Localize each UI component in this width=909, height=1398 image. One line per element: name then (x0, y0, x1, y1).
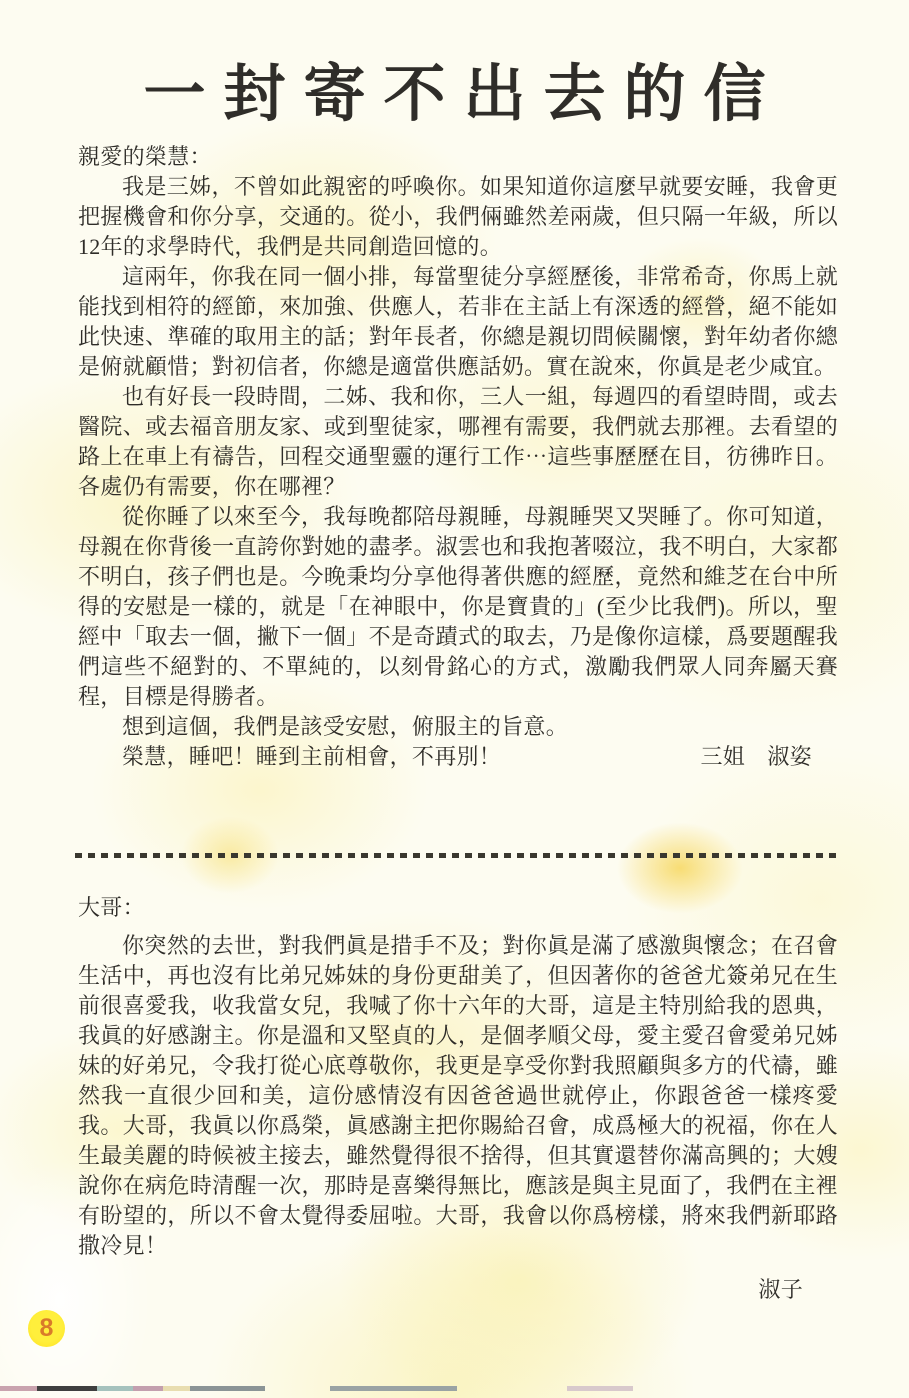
scan-strip-segment (190, 1386, 265, 1391)
scan-strip-segment (133, 1386, 163, 1391)
scan-strip-segment (37, 1386, 97, 1391)
letter2-signature: 淑子 (78, 1275, 838, 1305)
scan-strip-segment (330, 1386, 457, 1391)
scan-edge-artifact (0, 1386, 909, 1391)
scan-strip-segment (97, 1386, 133, 1391)
page-number: 8 (40, 1314, 54, 1343)
letter1-paragraph: 這兩年，你我在同一個小排，每當聖徒分享經歷後，非常希奇，你馬上就能找到相符的經節… (78, 262, 838, 382)
letter1-signature: 三姐 淑姿 (700, 742, 838, 772)
letter2-paragraph: 你突然的去世，對我們眞是措手不及；對你眞是滿了感激與懷念；在召會生活中，再也沒有… (78, 931, 838, 1261)
letter1-paragraph: 也有好長一段時間，二姊、我和你，三人一組，每週四的看望時間，或去醫院、或去福音朋… (78, 382, 838, 502)
letter-to-ronghui: 親愛的榮慧： 我是三姊，不曾如此親密的呼喚你。如果知道你這麼早就要安睡，我會更把… (78, 142, 838, 772)
letter1-closing-row: 榮慧，睡吧！睡到主前相會，不再別！ 三姐 淑姿 (78, 742, 838, 772)
page-number-badge: 8 (28, 1310, 65, 1347)
scan-strip-segment (0, 1386, 37, 1391)
page-title: 一封寄不出去的信 (0, 44, 909, 133)
scanned-letter-page: 一封寄不出去的信 親愛的榮慧： 我是三姊，不曾如此親密的呼喚你。如果知道你這麼早… (0, 0, 909, 1398)
letter1-paragraph: 想到這個，我們是該受安慰，俯服主的旨意。 (78, 712, 838, 742)
letter1-paragraph: 我是三姊，不曾如此親密的呼喚你。如果知道你這麼早就要安睡，我會更把握機會和你分享… (78, 172, 838, 262)
letter1-paragraph: 從你睡了以來至今，我每晚都陪母親睡，母親睡哭又哭睡了。你可知道，母親在你背後一直… (78, 502, 838, 712)
dotted-separator (75, 853, 838, 858)
letter2-salutation: 大哥： (78, 893, 838, 923)
letter1-closing: 榮慧，睡吧！睡到主前相會，不再別！ (78, 742, 501, 772)
letter1-salutation: 親愛的榮慧： (78, 142, 838, 172)
letter-to-dage: 大哥： 你突然的去世，對我們眞是措手不及；對你眞是滿了感激與懷念；在召會生活中，… (78, 893, 838, 1305)
scan-strip-segment (567, 1386, 633, 1391)
